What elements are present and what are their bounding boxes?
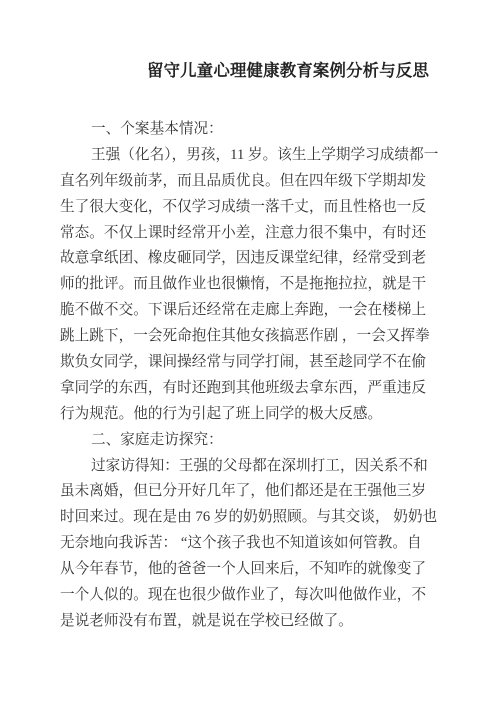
text-line: 生了很大变化，不仅学习成绩一落千丈，而且性格也一反 [60, 195, 425, 221]
document-page: 留守儿童心理健康教育案例分析与反思 一、个案基本情况：王强（化名），男孩，11 … [0, 0, 500, 707]
text-line: 故意拿纸团、橡皮砸同学，因违反课堂纪律，经常受到老 [60, 246, 425, 272]
text-line: 拿同学的东西，有时还跑到其他班级去拿东西，严重违反 [60, 376, 425, 402]
text-line: 跳上跳下，一会死命抱住其他女孩搞恶作剧 ，一会又挥拳 [60, 324, 425, 350]
text-line: 直名列年级前茅，而且品质优良。但在四年级下学期却发 [60, 169, 425, 195]
text-line: 师的批评。而且做作业也很懒惰，不是拖拖拉拉，就是干 [60, 272, 425, 298]
text-line: 是说老师没有布置，就是说在学校已经做了。 [60, 609, 425, 635]
text-line: 无奈地向我诉苦： “这个孩子我也不知道该如何管教。自 [60, 531, 425, 557]
document-title: 留守儿童心理健康教育案例分析与反思 [147, 60, 429, 82]
text-line: 常态。不仅上课时经常开小差，注意力很不集中，有时还 [60, 221, 425, 247]
text-line: 过家访得知：王强的父母都在深圳打工，因关系不和 [60, 454, 425, 480]
text-line: 一个人似的。现在也很少做作业了，每次叫他做作业，不 [60, 583, 425, 609]
text-line: 一、个案基本情况： [60, 117, 425, 143]
text-line: 虽未离婚，但已分开好几年了，他们都还是在王强他三岁 [60, 479, 425, 505]
text-line: 二、家庭走访探究： [60, 428, 425, 454]
text-line: 从今年春节，他的爸爸一个人回来后，不知咋的就像变了 [60, 557, 425, 583]
text-line: 欺负女同学，课间操经常与同学打闹，甚至趁同学不在偷 [60, 350, 425, 376]
text-line: 脆不做不交。下课后还经常在走廊上奔跑，一会在楼梯上 [60, 298, 425, 324]
text-line: 行为规范。他的行为引起了班上同学的极大反感。 [60, 402, 425, 428]
document-body: 一、个案基本情况：王强（化名），男孩，11 岁。该生上学期学习成绩都一直名列年级… [60, 117, 425, 635]
text-line: 时回来过。现在是由 76 岁的奶奶照顾。与其交谈， 奶奶也 [60, 505, 425, 531]
text-line: 王强（化名），男孩，11 岁。该生上学期学习成绩都一 [60, 143, 425, 169]
